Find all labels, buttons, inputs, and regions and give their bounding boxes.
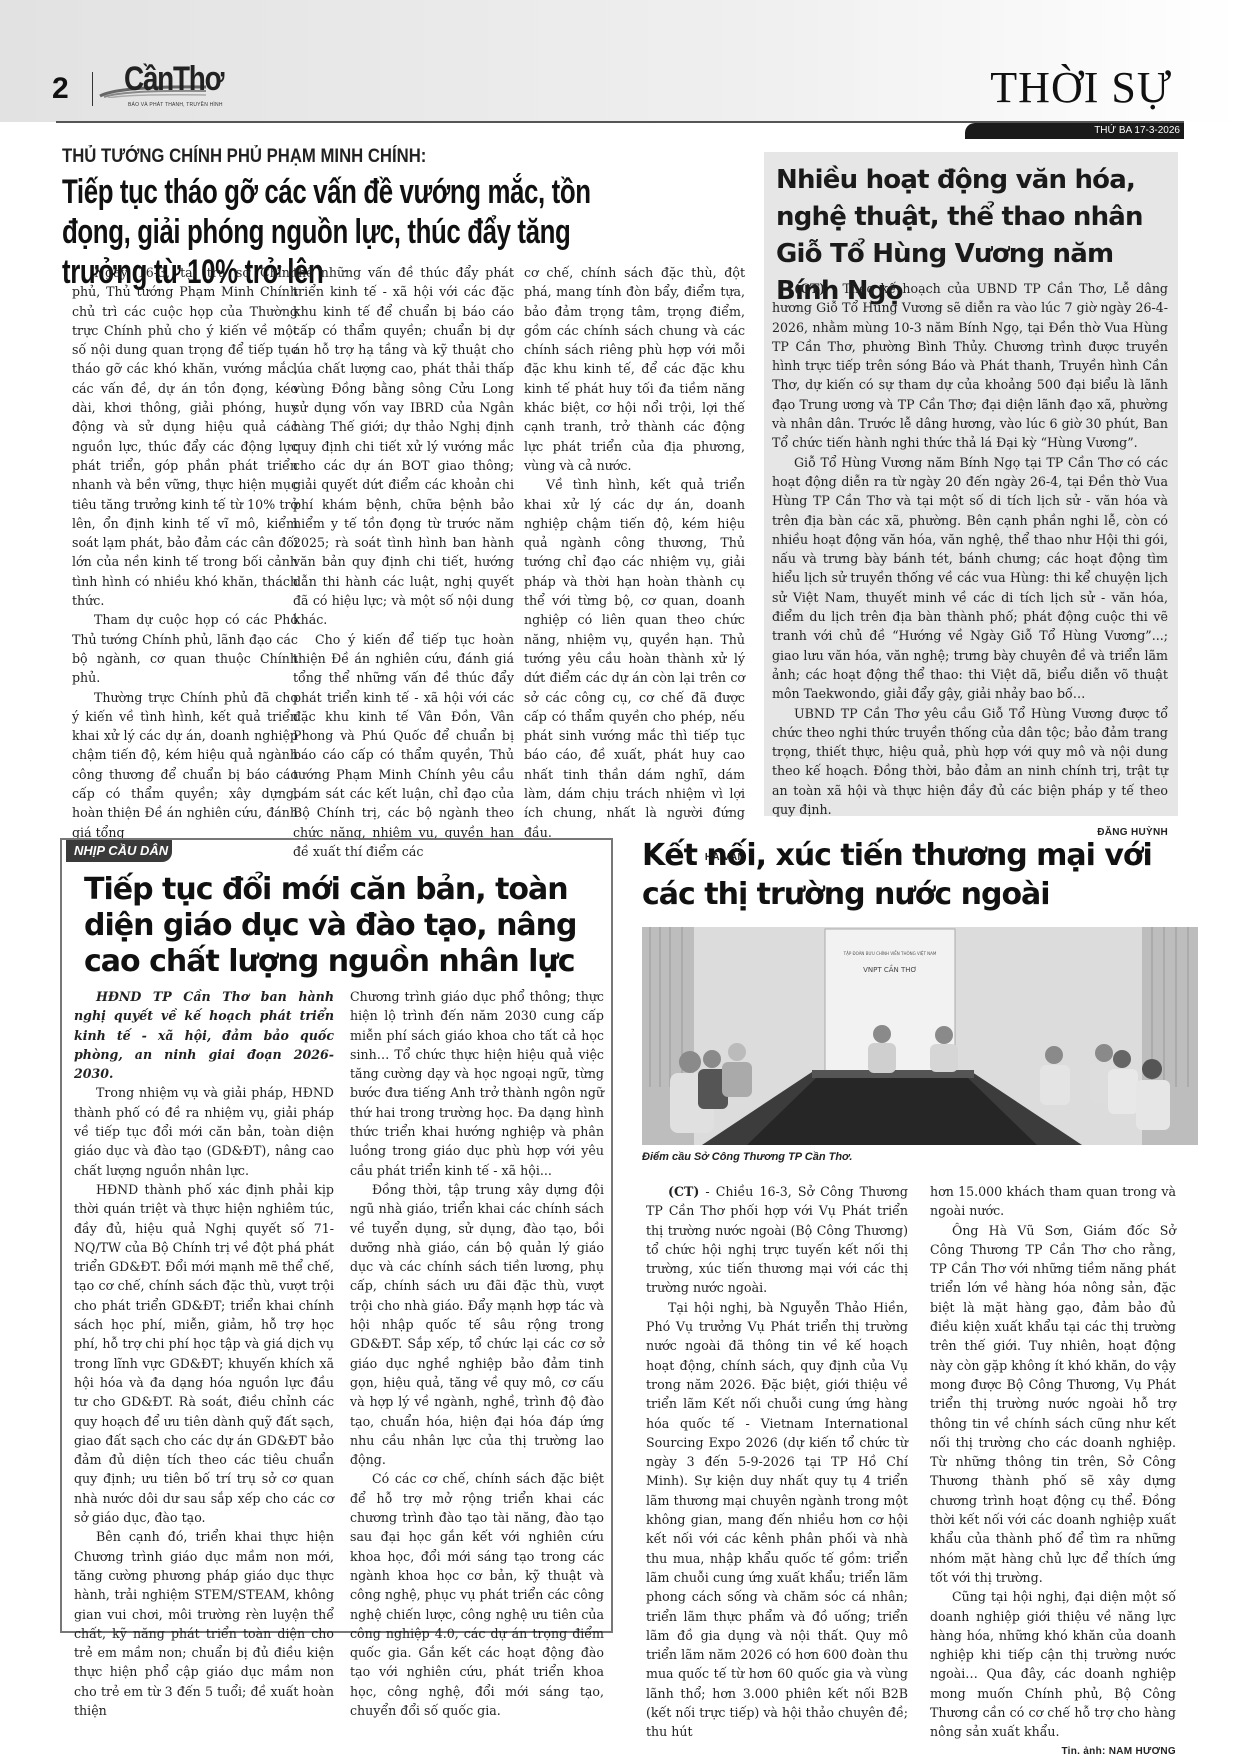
paragraph: thể những vấn đề thúc đẩy phát triển kin… [293,263,514,630]
article-column-1: HĐND TP Cần Thơ ban hành nghị quyết về k… [74,987,334,1720]
lead-paragraph: HĐND TP Cần Thơ ban hành nghị quyết về k… [74,987,334,1083]
paragraph: Chương trình giáo dục phổ thông; thực hi… [350,987,604,1180]
source-tag: (CT) [794,281,825,296]
paragraph: Trong nhiệm vụ và giải pháp, HĐND thành … [74,1083,334,1179]
page-number: 2 [52,72,69,106]
paragraph: Giỗ Tổ Hùng Vương năm Bính Ngọ tại TP Cầ… [772,453,1168,704]
svg-text:TẬP ĐOÀN BƯU CHÍNH VIỄN THÔNG: TẬP ĐOÀN BƯU CHÍNH VIỄN THÔNG VIỆT NAM [843,951,937,956]
paragraph: (CT) - Chiều 16-3, Sở Công Thương TP Cần… [646,1182,908,1298]
meeting-photo[interactable]: TẬP ĐOÀN BƯU CHÍNH VIỄN THÔNG VIỆT NAM V… [642,927,1198,1145]
paragraph: Đồng thời, tập trung xây dựng đội ngũ nh… [350,1180,604,1469]
paragraph: Ngày 16-3, tại trụ sở Chính phủ, Thủ tướ… [72,263,298,610]
article-column-1: Ngày 16-3, tại trụ sở Chính phủ, Thủ tướ… [72,263,298,842]
article-column-3: cơ chế, chính sách đặc thù, đột phá, man… [524,263,745,867]
paragraph: hơn 15.000 khách tham quan trong và ngoà… [930,1182,1176,1221]
issue-date: THỨ BA 17-3-2026 [965,123,1184,139]
paragraph: Bên cạnh đó, triển khai thực hiện Chương… [74,1527,334,1720]
masthead: 2 CầnThơ BÁO VÀ PHÁT THANH, TRUYỀN HÌNH … [0,0,1240,122]
conference-room-image: TẬP ĐOÀN BƯU CHÍNH VIỄN THÔNG VIỆT NAM V… [642,927,1198,1145]
paragraph: Ông Hà Vũ Sơn, Giám đốc Sở Công Thương T… [930,1221,1176,1588]
article-column-1: (CT) - Chiều 16-3, Sở Công Thương TP Cần… [646,1182,908,1742]
newspaper-logo[interactable]: CầnThơ BÁO VÀ PHÁT THANH, TRUYỀN HÌNH [98,62,218,112]
article-headline[interactable]: Tiếp tục đổi mới căn bản, toàn diện giáo… [84,872,604,980]
paragraph: Cho ý kiến để tiếp tục hoàn thiện Đề án … [293,630,514,862]
source-tag: (CT) [668,1184,699,1199]
paragraph: Thường trực Chính phủ đã cho ý kiến về t… [72,688,298,842]
paragraph: Có các cơ chế, chính sách đặc biệt để hỗ… [350,1469,604,1720]
byline: Tin, ảnh: NAM HƯƠNG [930,1742,1176,1754]
section-title: THỜI SỰ [990,62,1172,113]
photo-caption: Điểm cầu Sở Công Thương TP Cần Thơ. [642,1151,853,1163]
paragraph: Tại hội nghị, bà Nguyễn Thảo Hiền, Phó V… [646,1298,908,1742]
logo-tagline: BÁO VÀ PHÁT THANH, TRUYỀN HÌNH [128,102,223,108]
article-column-2: hơn 15.000 khách tham quan trong và ngoà… [930,1182,1176,1754]
paragraph: HĐND thành phố xác định phải kịp thời qu… [74,1180,334,1527]
masthead-divider [92,72,93,106]
paragraph: Về tình hình, kết quả triển khai xử lý c… [524,475,745,842]
article-column-2: Chương trình giáo dục phổ thông; thực hi… [350,987,604,1720]
article-body: (CT) - Theo kế hoạch của UBND TP Cần Thơ… [772,279,1168,843]
article-headline[interactable]: Kết nối, xúc tiến thương mại với các thị… [642,836,1202,914]
column-label: NHỊP CẦU DÂN CỬ [66,840,172,862]
article-column-2: thể những vấn đề thúc đẩy phát triển kin… [293,263,514,861]
paragraph: Tham dự cuộc họp có các Phó Thủ tướng Ch… [72,610,298,687]
svg-text:VNPT CẦN THƠ: VNPT CẦN THƠ [863,964,917,974]
paragraph: UBND TP Cần Thơ yêu cầu Giỗ Tổ Hùng Vươn… [772,704,1168,820]
article-kicker: THỦ TƯỚNG CHÍNH PHỦ PHẠM MINH CHÍNH: [62,146,426,168]
paragraph: Cũng tại hội nghị, đại diện một số doanh… [930,1587,1176,1741]
logo-wordmark: CầnThơ [124,60,223,99]
paragraph: cơ chế, chính sách đặc thù, đột phá, man… [524,263,745,475]
paragraph: (CT) - Theo kế hoạch của UBND TP Cần Thơ… [772,279,1168,453]
